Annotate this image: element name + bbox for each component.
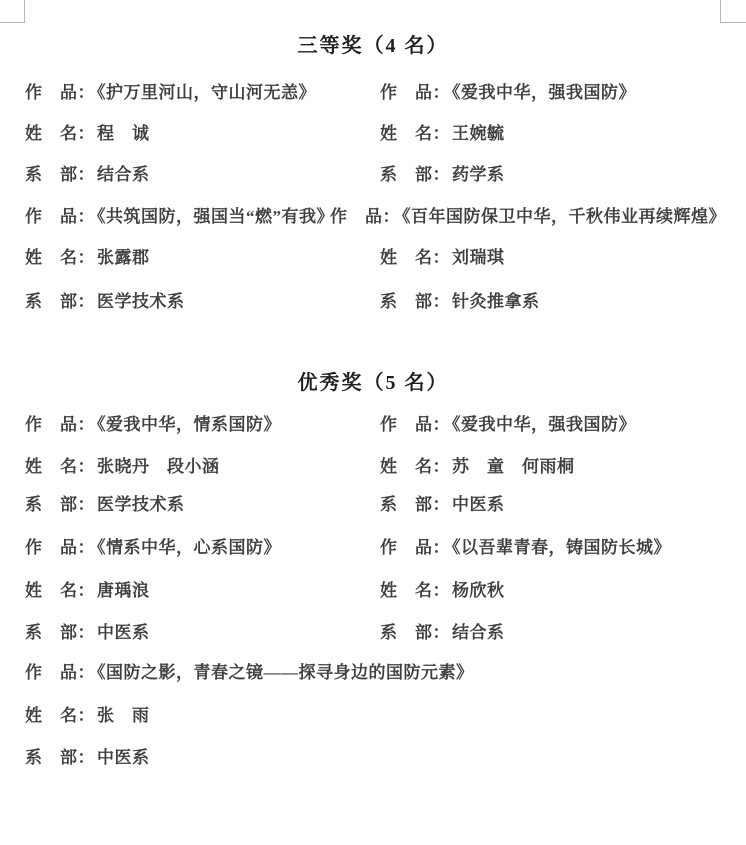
winner-name: 张晓丹 段小涵	[97, 457, 220, 476]
department-name: 中医系	[97, 748, 150, 767]
name-label: 姓 名：	[25, 124, 95, 143]
dept-label: 系 部：	[380, 495, 450, 514]
winner-name: 张 雨	[97, 706, 150, 725]
entry-name-line: 姓 名：刘瑞琪	[380, 243, 505, 268]
department-name: 医学技术系	[97, 495, 185, 514]
name-label: 姓 名：	[25, 457, 95, 476]
department-name: 中医系	[97, 623, 150, 642]
dept-label: 系 部：	[25, 165, 95, 184]
entry-work-line: 作 品：《爱我中华，强我国防》	[380, 410, 636, 435]
department-name: 医学技术系	[97, 292, 185, 311]
text-boundary-mark-top-left-vertical	[24, 0, 25, 22]
entry-work-line: 作 品：《国防之影，青春之镜——探寻身边的国防元素》	[25, 658, 474, 683]
work-title: 《爱我中华，强我国防》	[452, 415, 636, 434]
entry-work-line: 作 品：《以吾辈青春，铸国防长城》	[380, 533, 671, 558]
work-label: 作 品：	[25, 415, 95, 434]
work-label: 作 品：	[25, 663, 95, 682]
name-label: 姓 名：	[380, 581, 450, 600]
dept-label: 系 部：	[25, 292, 95, 311]
entry-dept-line: 系 部：中医系	[25, 743, 150, 768]
work-title: 《国防之影，青春之镜——探寻身边的国防元素》	[97, 663, 474, 682]
winner-name: 张露郡	[97, 248, 150, 267]
entry-work-line: 作 品：《爱我中华，情系国防》	[25, 410, 281, 435]
entry-name-line: 姓 名：杨欣秋	[380, 576, 505, 601]
entry-name-line: 姓 名：程 诚	[25, 119, 150, 144]
entry-name-line: 姓 名：张晓丹 段小涵	[25, 452, 220, 477]
entry-dept-line: 系 部：医学技术系	[25, 287, 185, 312]
entry-name-line: 姓 名：苏 童 何雨桐	[380, 452, 575, 477]
name-label: 姓 名：	[25, 706, 95, 725]
winner-name: 杨欣秋	[452, 581, 505, 600]
work-label: 作 品：	[25, 538, 95, 557]
name-label: 姓 名：	[380, 457, 450, 476]
work-label: 作 品：	[25, 83, 95, 102]
winner-name: 苏 童 何雨桐	[452, 457, 575, 476]
department-name: 结合系	[97, 165, 150, 184]
department-name: 中医系	[452, 495, 505, 514]
name-label: 姓 名：	[25, 248, 95, 267]
name-label: 姓 名：	[380, 248, 450, 267]
work-title: 《爱我中华，情系国防》	[97, 415, 281, 434]
entry-name-line: 姓 名：唐瑀浪	[25, 576, 150, 601]
dept-label: 系 部：	[380, 292, 450, 311]
entry-dept-line: 系 部：中医系	[25, 618, 150, 643]
entry-work-line: 作 品：《百年国防保卫中华，千秋伟业再续辉煌》	[330, 202, 726, 227]
work-title: 《以吾辈青春，铸国防长城》	[452, 538, 671, 557]
work-label: 作 品：	[25, 207, 95, 226]
dept-label: 系 部：	[25, 495, 95, 514]
dept-label: 系 部：	[25, 623, 95, 642]
work-title: 《爱我中华，强我国防》	[452, 83, 636, 102]
work-title: 《情系中华，心系国防》	[97, 538, 281, 557]
entry-dept-line: 系 部：针灸推拿系	[380, 287, 540, 312]
entry-work-line: 作 品：《爱我中华，强我国防》	[380, 78, 636, 103]
entry-name-line: 姓 名：张露郡	[25, 243, 150, 268]
department-name: 针灸推拿系	[452, 292, 540, 311]
dept-label: 系 部：	[25, 748, 95, 767]
winner-name: 王婉毓	[452, 124, 505, 143]
section-title-excellence-award: 优秀奖（5 名）	[0, 366, 746, 395]
text-boundary-mark-top-right-vertical	[720, 0, 721, 22]
department-name: 药学系	[452, 165, 505, 184]
work-label: 作 品：	[330, 207, 400, 226]
entry-dept-line: 系 部：结合系	[380, 618, 505, 643]
department-name: 结合系	[452, 623, 505, 642]
entry-work-line: 作 品：《共筑国防，强国当“燃”有我》	[25, 202, 334, 227]
name-label: 姓 名：	[25, 581, 95, 600]
entry-work-line: 作 品：《护万里河山，守山河无恙》	[25, 78, 316, 103]
work-title: 《百年国防保卫中华，千秋伟业再续辉煌》	[402, 207, 726, 226]
entry-name-line: 姓 名：王婉毓	[380, 119, 505, 144]
work-label: 作 品：	[380, 538, 450, 557]
winner-name: 唐瑀浪	[97, 581, 150, 600]
work-label: 作 品：	[380, 83, 450, 102]
entry-name-line: 姓 名：张 雨	[25, 701, 150, 726]
entry-dept-line: 系 部：中医系	[380, 490, 505, 515]
work-title: 《共筑国防，强国当“燃”有我》	[97, 207, 334, 226]
entry-dept-line: 系 部：结合系	[25, 160, 150, 185]
award-document-page: 三等奖（4 名） 作 品：《护万里河山，守山河无恙》 作 品：《爱我中华，强我国…	[0, 0, 746, 845]
work-title: 《护万里河山，守山河无恙》	[97, 83, 316, 102]
entry-dept-line: 系 部：医学技术系	[25, 490, 185, 515]
winner-name: 刘瑞琪	[452, 248, 505, 267]
entry-work-line: 作 品：《情系中华，心系国防》	[25, 533, 281, 558]
dept-label: 系 部：	[380, 165, 450, 184]
dept-label: 系 部：	[380, 623, 450, 642]
work-label: 作 品：	[380, 415, 450, 434]
winner-name: 程 诚	[97, 124, 150, 143]
text-boundary-mark-top-right-horizontal	[720, 22, 746, 23]
text-boundary-mark-top-left-horizontal	[0, 22, 25, 23]
entry-dept-line: 系 部：药学系	[380, 160, 505, 185]
section-title-third-prize: 三等奖（4 名）	[0, 29, 746, 58]
name-label: 姓 名：	[380, 124, 450, 143]
